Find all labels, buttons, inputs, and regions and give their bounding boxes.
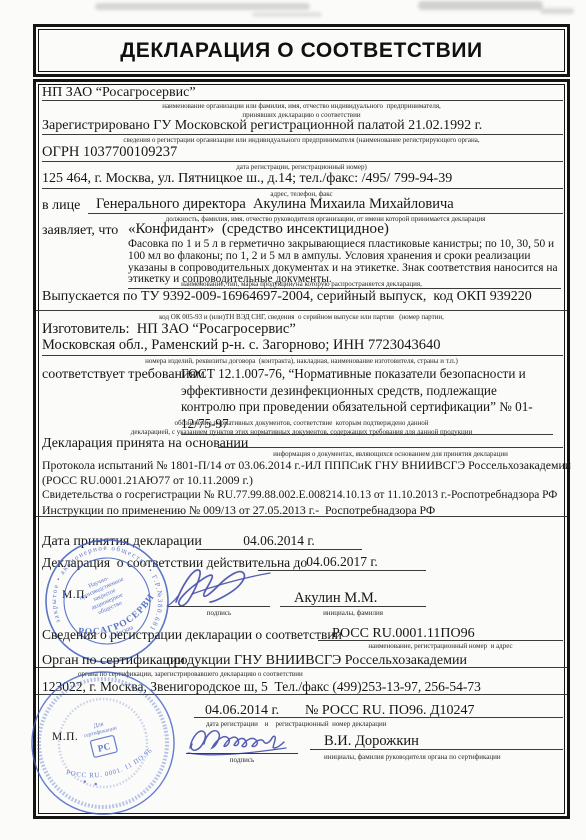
in-person-label: в лице [42,198,80,213]
manufacturer-caption: номера изделий, реквизиты договора (конт… [36,357,567,366]
product-name: «Конфидант» (средство инсектицидное) [128,222,389,237]
scan-smudge [418,1,543,10]
ogrn-line: ОГРН 1037700109237 [42,145,563,162]
registration-line: Зарегистрировано ГУ Московской регистрац… [42,118,563,135]
signatory-2-caption: инициалы, фамилия руководителя органа по… [324,753,501,762]
declares-label: заявляет, что [42,223,118,238]
signature-1-caption: подпись [168,609,270,618]
basis-blank-line [218,434,563,448]
product-name-caption: наименование, тип, марка продукции, на к… [36,280,567,289]
signature-2-line [186,739,298,754]
declarant-name-caption: наименование организации или фамилия, им… [36,102,567,111]
declaration-document: ДЕКЛАРАЦИЯ О СООТВЕТСТВИИ НП ЗАО “Росагр… [0,0,586,840]
signatory-2-line [310,734,563,750]
adoption-date-value: 04.06.2014 г. [196,533,362,550]
manufacturer-line: Изготовитель: НП ЗАО “Росагросервис” [42,322,296,337]
reg-number-caption: наименование, регистрационный номер и ад… [318,642,563,651]
stamp2-arc-text: РОСС RU. 0001. 11 ПО 96 [64,746,158,788]
scan-smudge [95,3,310,10]
signatory-1-line [280,591,426,607]
valid-until-value: 04.06.2017 г. [258,554,426,571]
basis-line: (РОСС RU.0001.21АЮ77 от 10.11.2009 г.) [42,473,253,488]
manufacturer-address: Московская обл., Раменский р-н. с. Загор… [42,338,563,356]
basis-line: Свидетельства о госрегистрации № RU.77.9… [42,488,557,503]
signature-2-caption: подпись [186,756,298,765]
reg-date-value: 04.06.2014 г. [205,703,279,718]
basis-line: Инструкции по применению № 009/13 от 27.… [42,503,435,518]
signatory-1-caption: инициалы, фамилия [280,609,426,618]
round-stamp-certification: Для сертификации РС РОСС RU. 0001. 11 ПО… [24,664,182,822]
document-title: ДЕКЛАРАЦИЯ О СООТВЕТСТВИИ [120,39,483,63]
declarant-name: НП ЗАО “Росагросервис” [42,85,563,101]
declarant-address: 125 464, г. Москва, ул. Пятницкое ш., д.… [42,171,563,189]
document-body-frame: НП ЗАО “Росагросервис” наименование орга… [33,79,570,819]
signature-1-line [168,591,270,607]
reg-decl-number: № РОСС RU. ПО96. Д10247 [305,703,475,718]
basis-line: Протокола испытаний № 1801-П/14 от 03.06… [42,458,571,473]
section-rule [36,293,567,311]
title-frame: ДЕКЛАРАЦИЯ О СООТВЕТСТВИИ [33,24,570,77]
reg-info-label: Сведения о регистрации декларации о соот… [42,627,342,642]
reg-number-value: РОСС RU.0001.11ПО96 [332,626,475,641]
conformity-caption1: обозначение нормативных документов, соот… [36,419,567,428]
cert-body-value: продукции ГНУ ВНИИВСГЭ Россельхозакадеми… [166,653,467,668]
in-person-value: Генерального директора Акулина Михаила М… [88,197,563,214]
basis-lines-block: Протокола испытаний № 1801-П/14 от 03.06… [36,456,567,517]
stamp2-logo: РС [97,742,112,755]
round-stamp-rosagroservis: закрытое • акционерное общество • Г.Р.№3… [40,534,174,668]
scan-smudge [252,12,322,17]
svg-text:РОСС RU. 0001. 11 ПО 96: РОСС RU. 0001. 11 ПО 96 [64,746,158,788]
scan-smudge [540,8,574,14]
